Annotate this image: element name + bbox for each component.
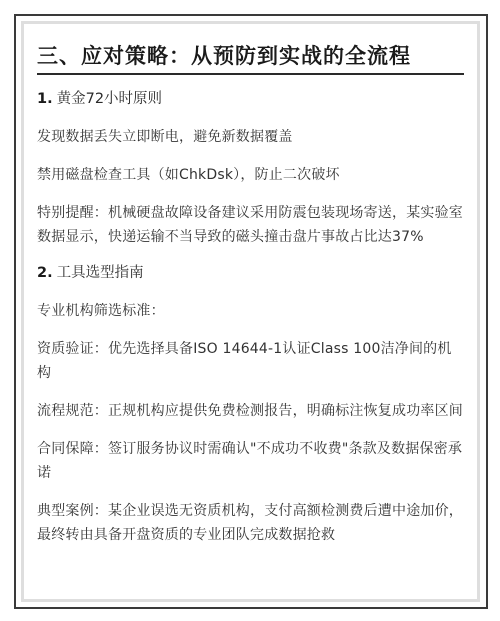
- section-number: 2.: [37, 265, 53, 281]
- section-heading-text: 黄金72小时原则: [57, 91, 162, 107]
- paragraph: 特别提醒：机械硬盘故障设备建议采用防震包装现场寄送，某实验室数据显示，快递运输不…: [37, 201, 464, 249]
- paragraph: 典型案例：某企业误选无资质机构，支付高额检测费后遭中途加价，最终转由具备开盘资质…: [37, 499, 464, 547]
- section-tool-selection: 2.工具选型指南 专业机构筛选标准： 资质验证：优先选择具备ISO 14644-…: [37, 261, 464, 547]
- section-number: 1.: [37, 91, 53, 107]
- paragraph: 禁用磁盘检查工具（如ChkDsk），防止二次破坏: [37, 163, 464, 187]
- section-heading: 2.工具选型指南: [37, 261, 464, 285]
- section-golden-72-hours: 1.黄金72小时原则 发现数据丢失立即断电，避免新数据覆盖 禁用磁盘检查工具（如…: [37, 87, 464, 249]
- paragraph: 专业机构筛选标准：: [37, 299, 464, 323]
- paragraph: 流程规范：正规机构应提供免费检测报告，明确标注恢复成功率区间: [37, 399, 464, 423]
- page-title: 三、应对策略：从预防到实战的全流程: [37, 43, 464, 75]
- paragraph: 资质验证：优先选择具备ISO 14644-1认证Class 100洁净间的机构: [37, 337, 464, 385]
- article-content: 三、应对策略：从预防到实战的全流程 1.黄金72小时原则 发现数据丢失立即断电，…: [37, 43, 464, 547]
- paragraph: 发现数据丢失立即断电，避免新数据覆盖: [37, 125, 464, 149]
- paragraph: 合同保障：签订服务协议时需确认"不成功不收费"条款及数据保密承诺: [37, 437, 464, 485]
- section-heading-text: 工具选型指南: [57, 265, 144, 281]
- section-heading: 1.黄金72小时原则: [37, 87, 464, 111]
